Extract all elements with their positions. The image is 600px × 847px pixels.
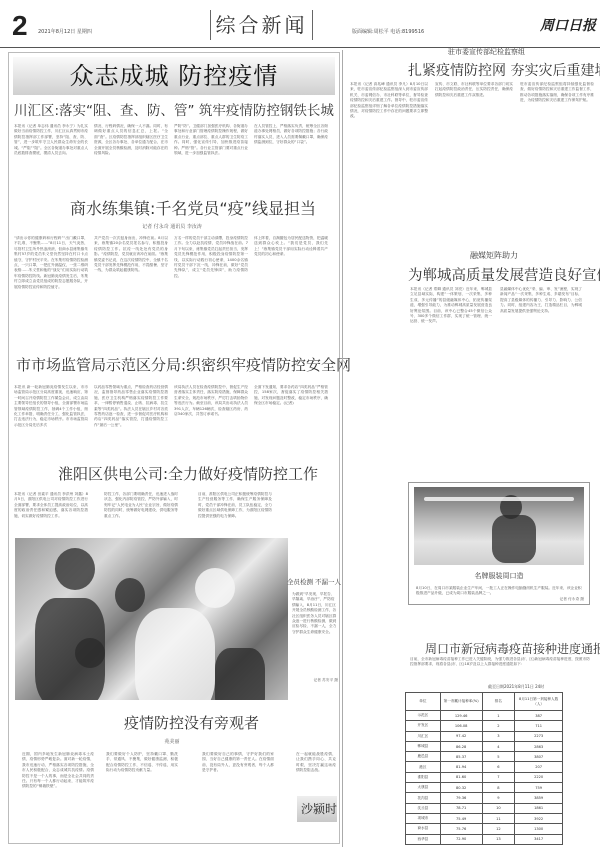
commentary-body-col3: 我们要做好自己的事情，守护好我们的家园，当好自己健康的第一责任人。在疫情面前，没…	[202, 752, 274, 837]
cell-rate: 75.76	[440, 824, 482, 834]
cell-count: 2273	[515, 731, 563, 741]
table-row: 港区81.946207	[406, 762, 563, 772]
cell-rate: 75.49	[440, 813, 482, 823]
table-row: 淮阳县81.6072220	[406, 772, 563, 782]
table-row: 扶沟县79.3693859	[406, 793, 563, 803]
ronghe-kicker: 融媒矩阵助力	[470, 250, 518, 261]
cell-rank: 8	[482, 783, 515, 793]
cell-rank: 6	[482, 762, 515, 772]
article-body-shangshui-col4: 体上阵着，自掏腰包为居民配送物资，把温暖送到群众心坎上。“我们是党员，我们先上！…	[254, 236, 328, 336]
cell-rate: 129.46	[440, 711, 482, 721]
article-body-market-col4: 全面下发通知，要求各药店“四类药品”严格管控，158家次，督促落实了疫情防控相关…	[254, 385, 328, 457]
jiwei-body-col2: 宣传、市文联、市社科联等单位要求各部门切实扛起疫情防控政治责任，压实防控责任，确…	[435, 82, 513, 232]
cell-unit: 开发区	[406, 721, 441, 731]
cell-rank: 7	[482, 772, 515, 782]
cell-rank: 10	[482, 803, 515, 813]
table-row: 项城市75.49113922	[406, 813, 563, 823]
commentary-body-col1: 近期，国内多地发生新冠肺炎病毒本土疫情，疫情形势严峻复杂。面对新一轮疫情，我市迅…	[22, 752, 94, 837]
cell-count: 3922	[515, 813, 563, 823]
article-body-huaiyang-col2: 防控工作，各部门要明确责任，迅速进入战时状态，强化内部防疫管控，严防外部输入，时…	[104, 492, 178, 528]
article-byline-shangshui: 记者 付永奇 通讯员 李汝涛	[14, 223, 330, 230]
photo-caption-title-left: 全员检测 不漏一人	[286, 577, 342, 586]
jiwei-body-col3: 驻市委宣传部纪检监察组将持续强化监督检查，做好疫情防控和灾后重建工作监督工作，推…	[520, 82, 594, 232]
jiwei-body-col1: 本报讯（记者 高兆峰 通讯员 李凡）8月10日以来，驻市委宣传部纪检监察组深入到…	[350, 82, 428, 232]
cell-rate: 72.90	[440, 834, 482, 844]
cell-unit: 项城市	[406, 813, 441, 823]
table-row: 商水县75.76121300	[406, 824, 563, 834]
cell-rank: 12	[482, 824, 515, 834]
cell-count: 3859	[515, 793, 563, 803]
commentary-body-col2: 我们要做好个人防护，坚持戴口罩、勤洗手、常通风、不聚集，做好健康监测，积极配合疫…	[106, 752, 178, 837]
cell-rate: 78.71	[440, 803, 482, 813]
table-row: 示范区129.461387	[406, 711, 563, 721]
article-headline-market: 市市场监管局示范区分局:织密织牢疫情防控安全网	[16, 354, 351, 375]
cell-rate: 86.28	[440, 741, 482, 751]
ronghe-body-col2: 县融媒体中心优化“采、编、审、发”流程，实现了新闻产品“一次采集、多种生成、多端…	[500, 287, 582, 469]
photo-caption-body-left: 为做到“早发现、早报告、早隔离、早治疗”，严防疫情输入，8月11日，川汇区开展全…	[292, 592, 338, 674]
article-body-market-col1: 本报讯 新一轮新冠肺炎疫情发生以来，市市场监管局示范区分局高度重视，迅速响应，第…	[14, 385, 88, 457]
col-header: 排名	[482, 693, 515, 711]
date-line: 2021年8月12日 星期四	[38, 28, 92, 35]
col-header: 单位	[406, 693, 441, 711]
article-headline-shangshui: 商水练集镇:千名党员“疫”线显担当	[70, 196, 316, 219]
vaccine-headline: 周口市新冠病毒疫苗接种进度通报	[425, 640, 600, 657]
cell-unit: 鹿邑县	[406, 752, 441, 762]
cell-count: 1861	[515, 803, 563, 813]
article-body-market-col3: 该局执法人员在检查疫情防控中，督促生产经营者落实主体责任，落实防疫措施，保障群众…	[174, 385, 248, 457]
cell-count: 759	[515, 783, 563, 793]
commentary-author: 苑美丽	[14, 738, 330, 745]
cell-rank: 13	[482, 834, 515, 844]
article-body-market-col2: 以药品零售领域为重点，严格检查药店经营情况，监督指导药品零售企业落实疫情防控措施…	[94, 385, 168, 457]
ronghe-body-col1: 本报讯（记者 郑卿 通讯员 刘亮）近年来，郸城县立足县域实际，构建“一体策划、一…	[410, 287, 492, 469]
ronghe-headline: 为郸城高质量发展营造良好宣传氛围	[408, 264, 600, 285]
col-header: 8月11日第一剂接种人数（人）	[515, 693, 563, 711]
commentary-headline: 疫情防控没有旁观者	[124, 712, 259, 733]
table-row: 鹿邑县85.3753807	[406, 752, 563, 762]
vaccine-table: 单位 第一剂累计接种率(%) 排名 8月11日第一剂接种人数（人） 示范区129…	[405, 692, 563, 845]
jiwei-headline: 扎紧疫情防控网 夯实灾后重建墙	[408, 60, 600, 80]
cell-count: 711	[515, 721, 563, 731]
section-title: 综合新闻	[210, 10, 313, 40]
vaccine-table-wrap: 单位 第一剂累计接种率(%) 排名 8月11日第一剂接种人数（人） 示范区129…	[405, 692, 563, 845]
cell-count: 2863	[515, 741, 563, 751]
cell-rate: 80.32	[440, 783, 482, 793]
cell-unit: 川汇区	[406, 731, 441, 741]
vaccine-intro: 目前，全市新冠病毒疫苗接种工作已进入关键阶段，为强力推进各县(市、区)新冠病毒疫…	[410, 657, 590, 675]
cell-unit: 西华县	[406, 834, 441, 844]
cell-rank: 5	[482, 752, 515, 762]
cell-rate: 81.94	[440, 762, 482, 772]
photo-credit-right: 记者 付永奇 摄	[540, 597, 584, 602]
commentary-column-label: 沙颍时评	[297, 796, 337, 822]
table-row: 太康县80.328759	[406, 783, 563, 793]
article-body-chuanhui-col2: 情况、行程码情况，确保一人不漏。同时，有调做好重点人员的信息汇总，上报。“全面”…	[94, 124, 168, 184]
article-body-shangshui-col3: 万名一样的党员干部主动请缨，投身疫情防控工作。全力以赴抗疫情，党员冲锋战在前。7…	[174, 236, 248, 336]
cell-rank: 9	[482, 793, 515, 803]
article-body-chuanhui-col4: 在人员管控上，严格落实负责，统筹全区各街道办事处网格员，做好各项防控措施；各行政…	[254, 124, 328, 184]
cell-unit: 港区	[406, 762, 441, 772]
article-headline-huaiyang: 淮阳区供电公司:全力做好疫情防控工作	[58, 463, 318, 484]
banner-title: 众志成城 防控疫情	[13, 57, 335, 95]
cell-rank: 11	[482, 813, 515, 823]
cell-rate: 106.08	[440, 721, 482, 731]
cell-unit: 淮阳县	[406, 772, 441, 782]
cell-unit: 太康县	[406, 783, 441, 793]
cell-count: 1300	[515, 824, 563, 834]
article-body-chuanhui-col1: 本报讯（记者 单志伟 通讯员 李永宁）为扎实做好当前疫情防控工作，川汇区认真贯彻…	[14, 124, 88, 184]
cell-rank: 4	[482, 741, 515, 751]
cell-rate: 97.42	[440, 731, 482, 741]
article-body-shangshui-col1: “请出示你的健康码和行程码”“出门戴口罩，不扎堆，不聚集……”8月11日，天气炎…	[14, 236, 88, 336]
cell-rank: 3	[482, 731, 515, 741]
cell-count: 3417	[515, 834, 563, 844]
article-body-huaiyang-col3: 目前，淮阳区供电公司正积极统筹疫情防控与生产经营服务等工作，确保生产服务保障及时…	[198, 492, 272, 528]
cell-rank: 2	[482, 721, 515, 731]
photo-credit-left: 记者 苏安平 摄	[296, 678, 338, 683]
table-row: 沈丘县78.71101861	[406, 803, 563, 813]
cell-unit: 扶沟县	[406, 793, 441, 803]
editor-line: 版面编辑:周松平 电话:8199516	[352, 28, 424, 35]
col-header: 第一剂累计接种率(%)	[440, 693, 482, 711]
table-row: 西华县72.90133417	[406, 834, 563, 844]
article-body-huaiyang-col1: 本报讯（记者 田素平 通讯员 李洪州 刘鑫）8月5日，淮阳区供电公司对疫情防控工…	[14, 492, 88, 528]
banner: 众志成城 防控疫情	[13, 57, 335, 95]
cell-count: 387	[515, 711, 563, 721]
article-body-chuanhui-col3: 严防“防”。卫健部门加强医疗机构、各街道办事处和行业部门管理疫情防控操作规程，做…	[174, 124, 248, 184]
photo-nucleic-acid-testing	[15, 538, 288, 700]
cell-unit: 沈丘县	[406, 803, 441, 813]
cell-rate: 79.36	[440, 793, 482, 803]
cell-count: 3807	[515, 752, 563, 762]
cell-rate: 81.60	[440, 772, 482, 782]
table-row: 郸城县86.2842863	[406, 741, 563, 751]
paper-logo: 周口日报	[540, 15, 596, 35]
cell-rank: 1	[482, 711, 515, 721]
cell-unit: 商水县	[406, 824, 441, 834]
cell-unit: 示范区	[406, 711, 441, 721]
table-row: 川汇区97.4232273	[406, 731, 563, 741]
cell-rate: 85.37	[440, 752, 482, 762]
photo-caption-title-right: 名牌服装周口造	[414, 571, 584, 581]
commentary-body-col4: 在一起就能战胜疫情，让我们携手同心、共克时艰，坚决打赢这场疫情防控阻击战。	[296, 752, 336, 782]
cell-count: 207	[515, 762, 563, 772]
jiwei-kicker: 驻市委宣传部纪检监察组	[448, 47, 525, 57]
masthead: 2 2021年8月12日 星期四 综合新闻 版面编辑:周松平 电话:819951…	[0, 0, 600, 48]
page-number: 2	[12, 10, 28, 42]
table-row: 开发区106.082711	[406, 721, 563, 731]
cell-unit: 郸城县	[406, 741, 441, 751]
article-body-shangshui-col2: 共产党员一次次挺身而出，冲锋在前。8月以来，练集镇20余名党员报名参与，积极投身…	[94, 236, 168, 336]
photo-garment-factory	[414, 487, 584, 565]
vaccine-as-of: 截至日期2021年8月11日 24时	[488, 684, 544, 690]
cell-count: 2220	[515, 772, 563, 782]
article-headline-chuanhui: 川汇区:落实“阻、查、防、管” 筑牢疫情防控钢铁长城	[14, 99, 334, 119]
